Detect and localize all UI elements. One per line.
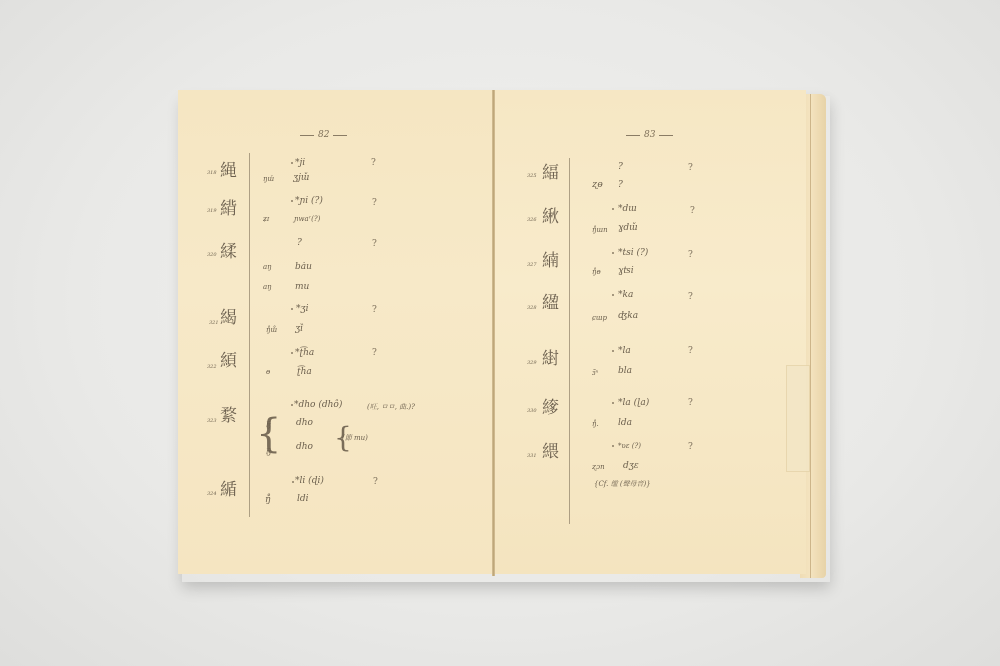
reading-prefix: ŋ̊ɵ <box>592 268 601 276</box>
left-page-number-text: 82 <box>318 130 329 140</box>
entry-character: 䋿 <box>542 437 559 462</box>
variant-mark: ɮ̃ <box>266 448 271 456</box>
entry-number: 328 <box>527 305 537 311</box>
query-mark: ? <box>688 442 693 452</box>
right-page-number-text: 83 <box>644 130 655 140</box>
entry-character: 䋳 <box>220 194 237 219</box>
reading-star: *ka <box>618 290 633 300</box>
star-mark <box>291 404 293 406</box>
reading-star: *la <box>618 346 631 356</box>
reading-line: dho <box>296 418 313 428</box>
entry-character: 䋸 <box>220 475 237 500</box>
entry-number: 325 <box>527 173 537 179</box>
reading-line: ʒjɯ̌ <box>293 173 309 183</box>
reading-prefix: aŋ <box>263 283 272 291</box>
book-gutter <box>492 90 495 576</box>
reading-prefix: ʐɔn <box>592 463 605 471</box>
reading-line: lda <box>618 418 632 428</box>
reading-star: *dɯ <box>618 204 637 214</box>
entry-number: 320 <box>207 252 217 258</box>
query-mark: ? <box>688 398 693 408</box>
reading-line: bȧu <box>295 262 312 272</box>
left-column-rule <box>249 153 250 517</box>
reading-prefix: ŋɯ́ <box>263 175 274 183</box>
query-mark: ? <box>372 198 377 208</box>
reading-star: ? <box>618 162 623 172</box>
reading-star: *ʒi <box>296 304 308 314</box>
star-mark <box>612 445 614 447</box>
reading-star: *ʈ͡ha <box>295 348 314 358</box>
reading-prefix: ŋ̊ɯ̊ <box>266 326 277 334</box>
reading-star: *tsi (?) <box>618 248 648 258</box>
star-mark <box>291 162 293 164</box>
entry-number: 321 <box>209 320 219 326</box>
entry-number: 327 <box>527 262 537 268</box>
entry-character: 䋶 <box>220 346 237 371</box>
reading-prefix: ɵ <box>266 368 270 376</box>
star-mark <box>612 350 614 352</box>
reading-line: ɲwaʳ(?) <box>294 215 320 223</box>
star-mark <box>291 352 293 354</box>
reading-star: *ʋɛ (?) <box>618 442 641 450</box>
reading-prefix: ɕɯp <box>592 314 607 322</box>
reading-line: ldi <box>297 494 309 504</box>
query-mark: ? <box>690 206 695 216</box>
entry-character: 䋷 <box>220 401 237 426</box>
right-page-number: 83 <box>626 130 673 140</box>
entry-character: 䋲 <box>220 156 237 181</box>
entry-number: 330 <box>527 408 537 414</box>
entry-character: 䋽 <box>542 344 559 369</box>
left-page-number: 82 <box>300 130 347 140</box>
cross-reference-note: {Cf. 䍀 (聲母音)} <box>594 479 651 489</box>
query-mark: ? <box>372 239 377 249</box>
star-mark <box>612 294 614 296</box>
entry-character: 䋾 <box>542 393 559 418</box>
reading-star: *li (ɖi) <box>295 476 324 486</box>
entry-character: 䋻 <box>542 246 559 271</box>
reading-line: ʒȉ <box>295 324 303 334</box>
entry-number: 322 <box>207 364 217 370</box>
paper-tab-strip <box>786 365 810 472</box>
reading-line: ? <box>618 180 623 190</box>
entry-character: 䋴 <box>220 237 237 262</box>
reading-prefix: ʐɵ <box>592 180 603 190</box>
reading-prefix: ʑɪ <box>263 215 269 223</box>
query-mark: ? <box>371 158 376 168</box>
reading-prefix: ŋ̊ <box>265 495 271 505</box>
reading-line: ɣdɯ̌ <box>618 223 638 233</box>
entry-number: 323 <box>207 418 217 424</box>
star-mark <box>612 402 614 404</box>
entry-number: 331 <box>527 453 537 459</box>
reading-line: dho <box>296 442 313 452</box>
reading-star: *dho (dhô) <box>294 400 342 410</box>
star-mark <box>612 252 614 254</box>
reading-prefix: ŋ̊. <box>592 420 599 428</box>
entry-number: 326 <box>527 217 537 223</box>
query-mark: ? <box>688 163 693 173</box>
right-column-rule <box>569 158 570 524</box>
reading-note: (㕵, ㅁㅁ, 曲.)? <box>367 402 415 412</box>
query-mark: ? <box>688 346 693 356</box>
query-mark: ? <box>372 305 377 315</box>
star-mark <box>292 481 294 483</box>
query-mark: ? <box>372 348 377 358</box>
reading-star: ? <box>297 238 302 248</box>
reading-star: *ɲi (?) <box>295 196 323 206</box>
entry-number: 318 <box>207 170 217 176</box>
right-page <box>494 90 806 574</box>
reading-line: dʒɛ <box>623 461 639 471</box>
reading-prefix: ŋ̊ɯn <box>592 226 608 234</box>
entry-character: 䋼 <box>542 288 559 313</box>
reading-prefix: ɜ̃ⁿ <box>592 369 598 377</box>
entry-character: 䋵 <box>220 303 237 328</box>
reading-line: ʤka <box>618 311 638 321</box>
reading-prefix: aŋ <box>263 263 272 271</box>
open-book: 82 83 318 䋲 *ji ŋɯ́ ʒjɯ̌ ? 319 䋳 *ɲi (?)… <box>0 0 1000 666</box>
reading-star: *la (ɭa) <box>618 398 649 408</box>
reading-line: ɣʦi <box>618 266 634 276</box>
star-mark <box>291 308 293 310</box>
reading-line: mu <box>295 282 309 292</box>
star-mark <box>612 208 614 210</box>
entry-character: 䋹 <box>542 158 559 183</box>
reading-line: ʈ͡ha <box>297 367 312 377</box>
entry-number: 324 <box>207 491 217 497</box>
entry-number: 319 <box>207 208 217 214</box>
variant-mark: ɮ̃ <box>266 421 271 429</box>
query-mark: ? <box>688 250 693 260</box>
reading-line: bla <box>618 366 632 376</box>
entry-number: 329 <box>527 360 537 366</box>
query-mark: ? <box>373 477 378 487</box>
reading-star: *ji <box>295 158 305 168</box>
brace-note: (節 mu) <box>342 433 368 443</box>
entry-character: 䋺 <box>542 202 559 227</box>
star-mark <box>291 200 293 202</box>
query-mark: ? <box>688 292 693 302</box>
